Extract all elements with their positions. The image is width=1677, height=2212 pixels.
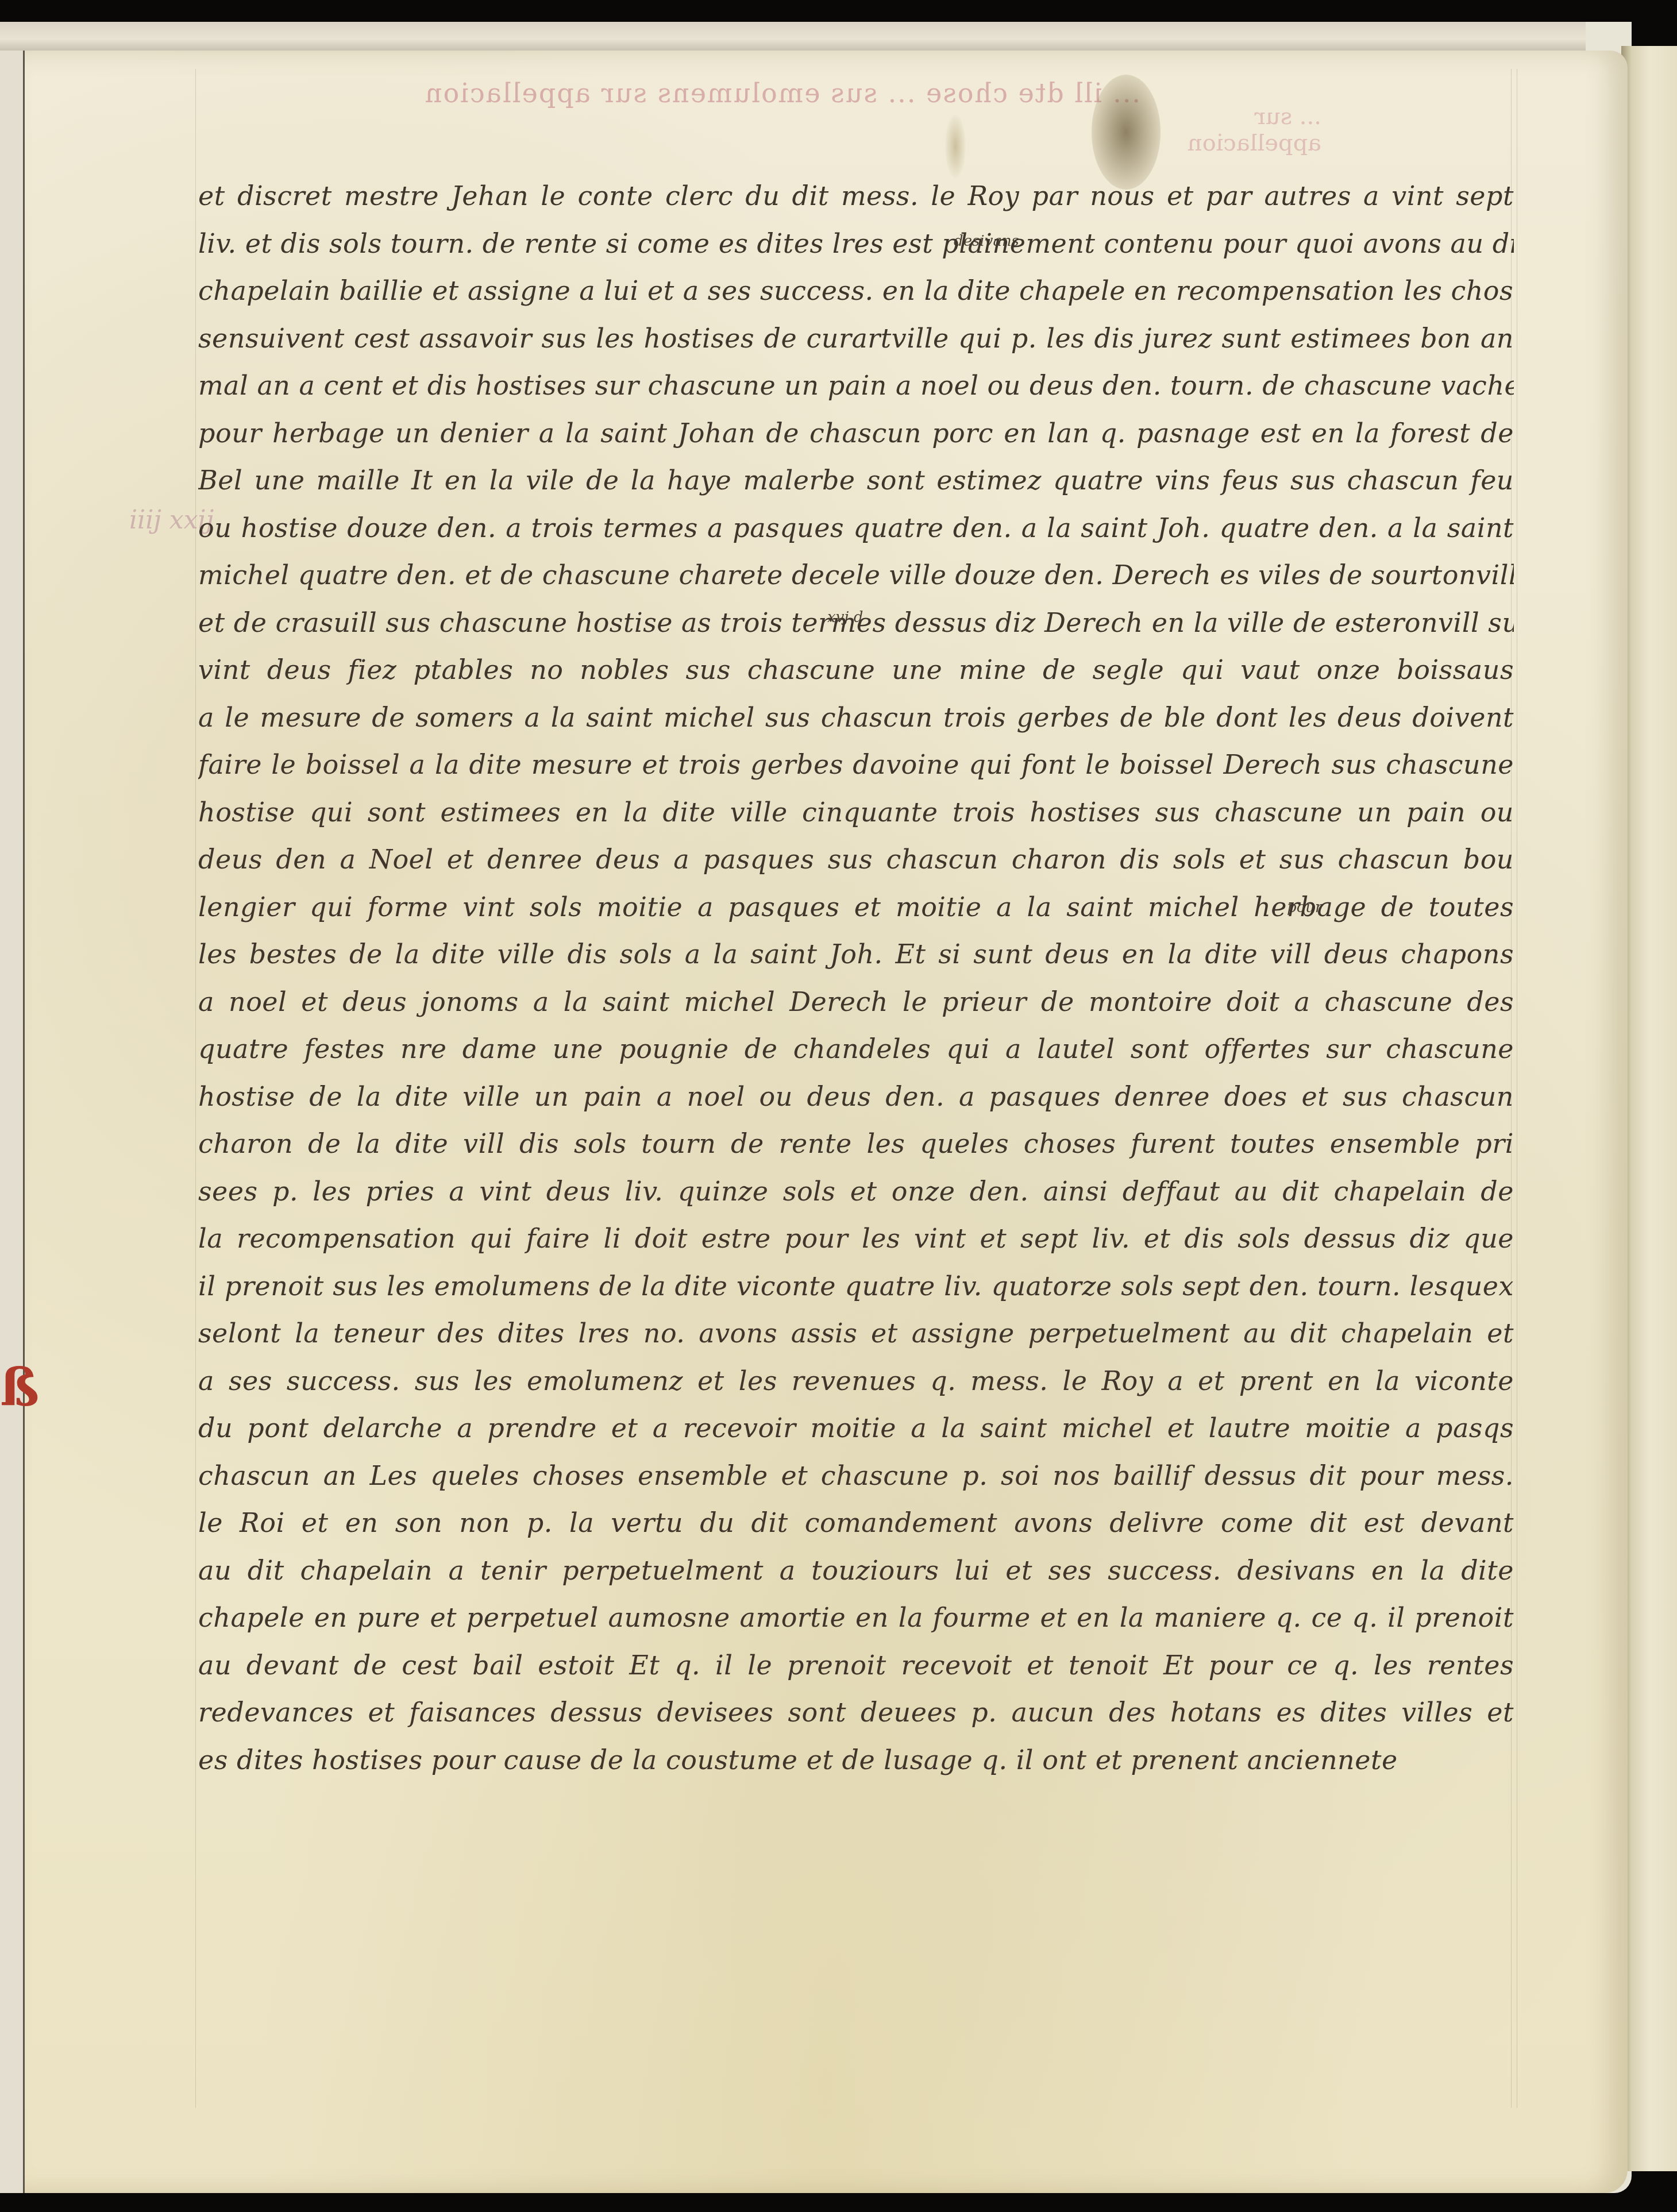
bleed-through-red-heading: ... ill dte chose ... sus emolumens sur … — [279, 78, 1140, 109]
left-gutter-strip — [0, 51, 23, 2193]
text-line: la recompensation qui faire li doit estr… — [198, 1215, 1514, 1263]
text-line: a ses success. sus les emolumenz et les … — [198, 1357, 1514, 1405]
text-line: mal an a cent et dis hostises sur chascu… — [198, 362, 1514, 410]
manuscript-text-block: et discret mestre Jehan le conte clerc d… — [198, 172, 1514, 1784]
text-line: liv. et dis sols tourn. de rente si come… — [198, 220, 1514, 268]
text-line: ou hostise douze den. a trois termes a p… — [198, 504, 1514, 552]
text-line: chapelain baillie et assigne a lui et a … — [198, 267, 1514, 315]
next-leaf-edge — [1621, 46, 1677, 2171]
text-line: hostise qui sont estimees en la dite vil… — [198, 789, 1514, 836]
text-line: chascun an Les queles choses ensemble et… — [198, 1452, 1514, 1500]
top-page-edge — [0, 22, 1586, 52]
text-line: du pont delarche a prendre et a recevoir… — [198, 1404, 1514, 1452]
bleed-through-red-heading-2: ... sur appellacion — [1149, 103, 1321, 156]
text-line: hostise de la dite ville un pain a noel … — [198, 1073, 1514, 1121]
text-line: et discret mestre Jehan le conte clerc d… — [198, 172, 1514, 220]
text-line: il prenoit sus les emolumens de la dite … — [198, 1263, 1514, 1310]
left-ruling-line — [195, 69, 196, 2108]
text-line: michel quatre den. et de chascune charet… — [198, 551, 1514, 599]
text-line: deus den a Noel et denree deus a pasques… — [198, 836, 1514, 883]
text-line: selont la teneur des dites lres no. avon… — [198, 1310, 1514, 1357]
text-line: sees p. les pries a vint deus liv. quinz… — [198, 1168, 1514, 1215]
text-line: redevances et faisances dessus devisees … — [198, 1689, 1514, 1736]
text-line: au devant de cest bail estoit Et q. il l… — [198, 1642, 1514, 1689]
text-line: sensuivent cest assavoir sus les hostise… — [198, 315, 1514, 362]
text-line: lengier qui forme vint sols moitie a pas… — [198, 883, 1514, 931]
text-line: quatre festes nre dame une pougnie de ch… — [198, 1025, 1514, 1073]
text-line: Bel une maille It en la vile de la haye … — [198, 457, 1514, 504]
red-marginal-mark: ß — [0, 1361, 39, 1413]
text-line: es dites hostises pour cause de la coust… — [198, 1736, 1514, 1784]
text-line: le Roi et en son non p. la vertu du dit … — [198, 1499, 1514, 1547]
text-line: a noel et deus jonoms a la saint michel … — [198, 978, 1514, 1026]
text-line: charon de la dite vill dis sols tourn de… — [198, 1120, 1514, 1168]
text-line: et de crasuill sus chascune hostise as t… — [198, 599, 1514, 647]
text-line: pour herbage un denier a la saint Johan … — [198, 410, 1514, 457]
text-line: a le mesure de somers a la saint michel … — [198, 694, 1514, 742]
text-line: au dit chapelain a tenir perpetuelment a… — [198, 1547, 1514, 1595]
text-line: vint deus fiez ptables no nobles sus cha… — [198, 646, 1514, 694]
text-line: chapele en pure et perpetuel aumosne amo… — [198, 1594, 1514, 1642]
text-line: faire le boissel a la dite mesure et tro… — [198, 741, 1514, 789]
text-line: les bestes de la dite ville dis sols a l… — [198, 931, 1514, 978]
parchment-stain-small — [945, 115, 966, 178]
right-ruling-line — [1517, 69, 1517, 2108]
